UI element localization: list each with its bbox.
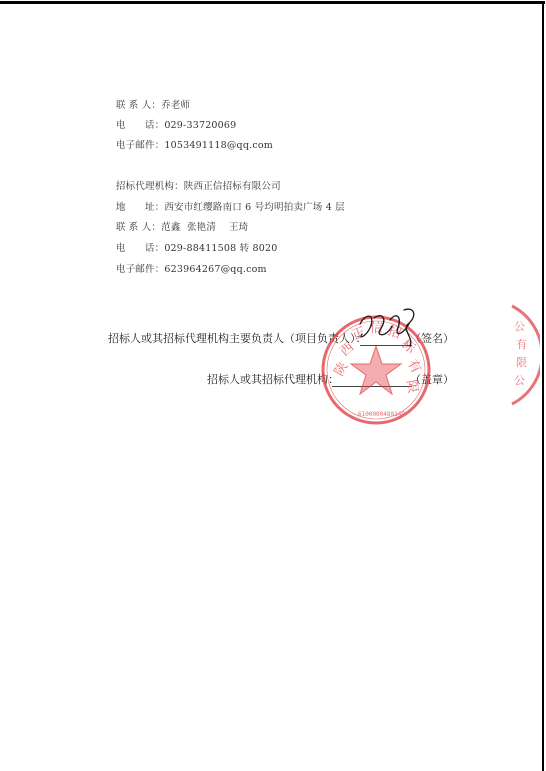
svg-text:有: 有 xyxy=(404,357,423,376)
svg-text:有: 有 xyxy=(516,338,527,351)
svg-text:6100000480149: 6100000480149 xyxy=(358,411,405,418)
svg-text:公: 公 xyxy=(514,320,525,333)
email-label: 电子邮件： xyxy=(116,140,165,152)
page-border-top xyxy=(0,1,545,4)
email-value: 1053491118@qq.com xyxy=(164,140,273,151)
handwritten-signature-icon xyxy=(352,304,422,354)
email-label: 电子邮件： xyxy=(116,264,165,276)
email-value: 623964267@qq.com xyxy=(164,264,266,275)
partial-seal-icon: 公 有 限 公 xyxy=(500,300,540,410)
svg-text:限: 限 xyxy=(516,356,527,369)
tenderer-email-row: 电子邮件：1053491118@qq.com xyxy=(103,128,273,164)
agency-email-row: 电子邮件：623964267@qq.com xyxy=(103,252,267,288)
svg-text:公: 公 xyxy=(514,374,525,387)
svg-text:限: 限 xyxy=(403,379,420,394)
page-border-right xyxy=(542,1,544,771)
svg-text:陕: 陕 xyxy=(331,359,351,378)
